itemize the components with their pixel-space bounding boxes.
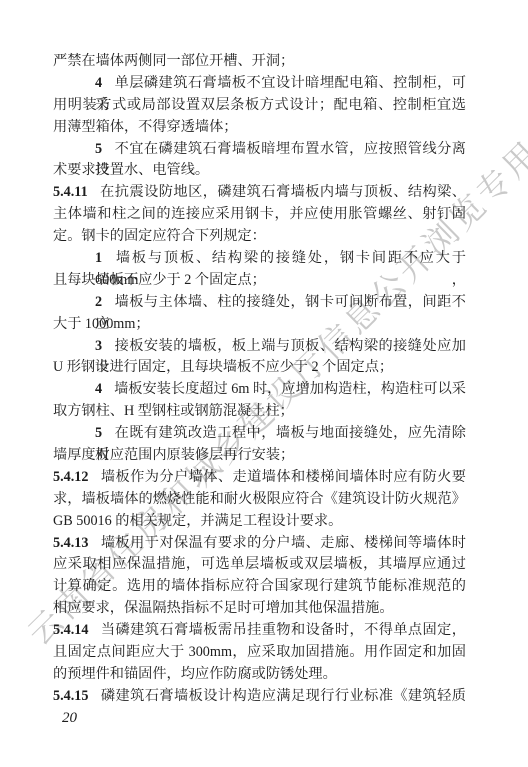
- line-text: U 形钢卡进行固定，且每块墙板不应少于 2 个固定点；: [53, 359, 393, 375]
- clause-line: 5在既有建筑改造工程中，墙板与地面接缝处，应先清除板: [53, 423, 466, 445]
- line-text: 磷建筑石膏墙板设计构造应满足现行行业标准《建筑轻质: [100, 688, 466, 704]
- text-line: 大于 1000mm；: [53, 314, 466, 336]
- text-line: 求，墙板墙体的燃烧性能和耐火极限应符合《建筑设计防火规范》: [53, 489, 466, 511]
- clause-line: 4单层磷建筑石膏墙板不宜设计暗埋配电箱、控制柜，可采: [53, 73, 466, 95]
- line-text: 相应要求，保温隔热指标不足时可增加其他保温措施。: [53, 600, 394, 616]
- line-text: 的预埋件和锚固件，均应作防腐或防锈处理。: [53, 666, 337, 682]
- clause-line: 1墙板与顶板、结构梁的接缝处，钢卡间距不应大于 600mm，: [53, 248, 466, 270]
- line-text: 定。钢卡的固定应符合下列规定：: [53, 228, 266, 244]
- text-line: 应采取相应保温措施，可选单层墙板或双层墙板，其墙厚应通过: [53, 554, 466, 576]
- clause-line: 5.4.11在抗震设防地区，磷建筑石膏墙板内墙与顶板、结构梁、: [53, 182, 466, 204]
- text-line: 主体墙和柱之间的连接应采用钢卡，并应使用胀管螺丝、射钉固: [53, 204, 466, 226]
- text-line: 用薄型箱体，不得穿透墙体；: [53, 117, 466, 139]
- line-text: 术要求设置水、电管线。: [53, 162, 209, 178]
- line-text: 当磷建筑石膏墙板需吊挂重物和设备时，不得单点固定，: [100, 622, 466, 638]
- text-line: U 形钢卡进行固定，且每块墙板不应少于 2 个固定点；: [53, 357, 466, 379]
- line-text: 墙板用于对保温有要求的分户墙、走廊、楼梯间等墙体时: [100, 535, 466, 551]
- clause-line: 5.4.15磷建筑石膏墙板设计构造应满足现行行业标准《建筑轻质: [53, 686, 466, 708]
- line-text: 求，墙板墙体的燃烧性能和耐火极限应符合《建筑设计防火规范》: [53, 491, 466, 507]
- clause-line: 5.4.14当磷建筑石膏墙板需吊挂重物和设备时，不得单点固定，: [53, 620, 466, 642]
- text-line: 定。钢卡的固定应符合下列规定：: [53, 226, 466, 248]
- clause-number: 4: [95, 381, 102, 397]
- clause-number: 3: [95, 338, 102, 354]
- text-line: 相应要求，保温隔热指标不足时可增加其他保温措施。: [53, 598, 466, 620]
- clause-line: 4墙板安装长度超过 6m 时，应增加构造柱，构造柱可以采: [53, 379, 466, 401]
- line-text: 用薄型箱体，不得穿透墙体；: [53, 119, 237, 135]
- line-text: 主体墙和柱之间的连接应采用钢卡，并应使用胀管螺丝、射钉固: [53, 206, 466, 222]
- text-line: 且固定点间距应大于 300mm，应采取加固措施。用作固定和加固: [53, 642, 466, 664]
- clause-number: 5.4.11: [53, 184, 88, 200]
- line-text: 墙板作为分户墙体、走道墙体和楼梯间墙体时应有防火要: [100, 469, 466, 485]
- clause-line: 2墙板与主体墙、柱的接缝处，钢卡可间断布置，间距不应: [53, 292, 466, 314]
- line-text: 墙厚度对应范围内原装修层再行安装；: [53, 447, 294, 463]
- line-text: 在抗震设防地区，磷建筑石膏墙板内墙与顶板、结构梁、: [100, 184, 466, 200]
- line-text: 且固定点间距应大于 300mm，应采取加固措施。用作固定和加固: [53, 644, 466, 660]
- text-line: 取方钢柱、H 型钢柱或钢筋混凝土柱；: [53, 401, 466, 423]
- line-text: 计算确定。选用的墙体指标应符合国家现行建筑节能标准规范的: [53, 578, 466, 594]
- text-line: 墙厚度对应范围内原装修层再行安装；: [53, 445, 466, 467]
- text-line: 术要求设置水、电管线。: [53, 160, 466, 182]
- line-text: 严禁在墙体两侧同一部位开槽、开洞；: [53, 53, 294, 69]
- line-text: 用明装方式或局部设置双层条板方式设计；配电箱、控制柜宜选: [53, 97, 466, 113]
- text-line: 的预埋件和锚固件，均应作防腐或防锈处理。: [53, 664, 466, 686]
- clause-number: 5: [95, 141, 102, 157]
- text-line: 计算确定。选用的墙体指标应符合国家现行建筑节能标准规范的: [53, 576, 466, 598]
- clause-line: 3接板安装的墙板，板上端与顶板、结构梁的接缝处应加设: [53, 336, 466, 358]
- line-text: GB 50016 的相关规定，并满足工程设计要求。: [53, 513, 342, 529]
- line-text: 应采取相应保温措施，可选单层墙板或双层墙板，其墙厚应通过: [53, 556, 466, 572]
- clause-number: 5.4.13: [53, 535, 88, 551]
- clause-number: 1: [95, 250, 102, 266]
- clause-line: 5.4.13墙板用于对保温有要求的分户墙、走廊、楼梯间等墙体时: [53, 533, 466, 555]
- line-text: 大于 1000mm；: [53, 316, 150, 332]
- clause-line: 5.4.12墙板作为分户墙体、走道墙体和楼梯间墙体时应有防火要: [53, 467, 466, 489]
- clause-number: 5: [95, 425, 102, 441]
- clause-number: 5.4.14: [53, 622, 88, 638]
- clause-number: 5.4.12: [53, 469, 88, 485]
- line-text: 墙板安装长度超过 6m 时，应增加构造柱，构造柱可以采: [114, 381, 466, 397]
- line-text: 取方钢柱、H 型钢柱或钢筋混凝土柱；: [53, 403, 294, 419]
- clause-line: 5不宜在磷建筑石膏墙板暗埋布置水管，应按照管线分离技: [53, 139, 466, 161]
- page-number: 20: [62, 710, 77, 727]
- clause-number: 5.4.15: [53, 688, 88, 704]
- text-line: GB 50016 的相关规定，并满足工程设计要求。: [53, 511, 466, 533]
- text-line: 用明装方式或局部设置双层条板方式设计；配电箱、控制柜宜选: [53, 95, 466, 117]
- text-line: 严禁在墙体两侧同一部位开槽、开洞；: [53, 51, 466, 73]
- line-text: 且每块墙板不应少于 2 个固定点；: [53, 272, 266, 288]
- text-block: 严禁在墙体两侧同一部位开槽、开洞；4单层磷建筑石膏墙板不宜设计暗埋配电箱、控制柜…: [53, 51, 466, 708]
- clause-number: 2: [95, 294, 102, 310]
- clause-number: 4: [95, 75, 102, 91]
